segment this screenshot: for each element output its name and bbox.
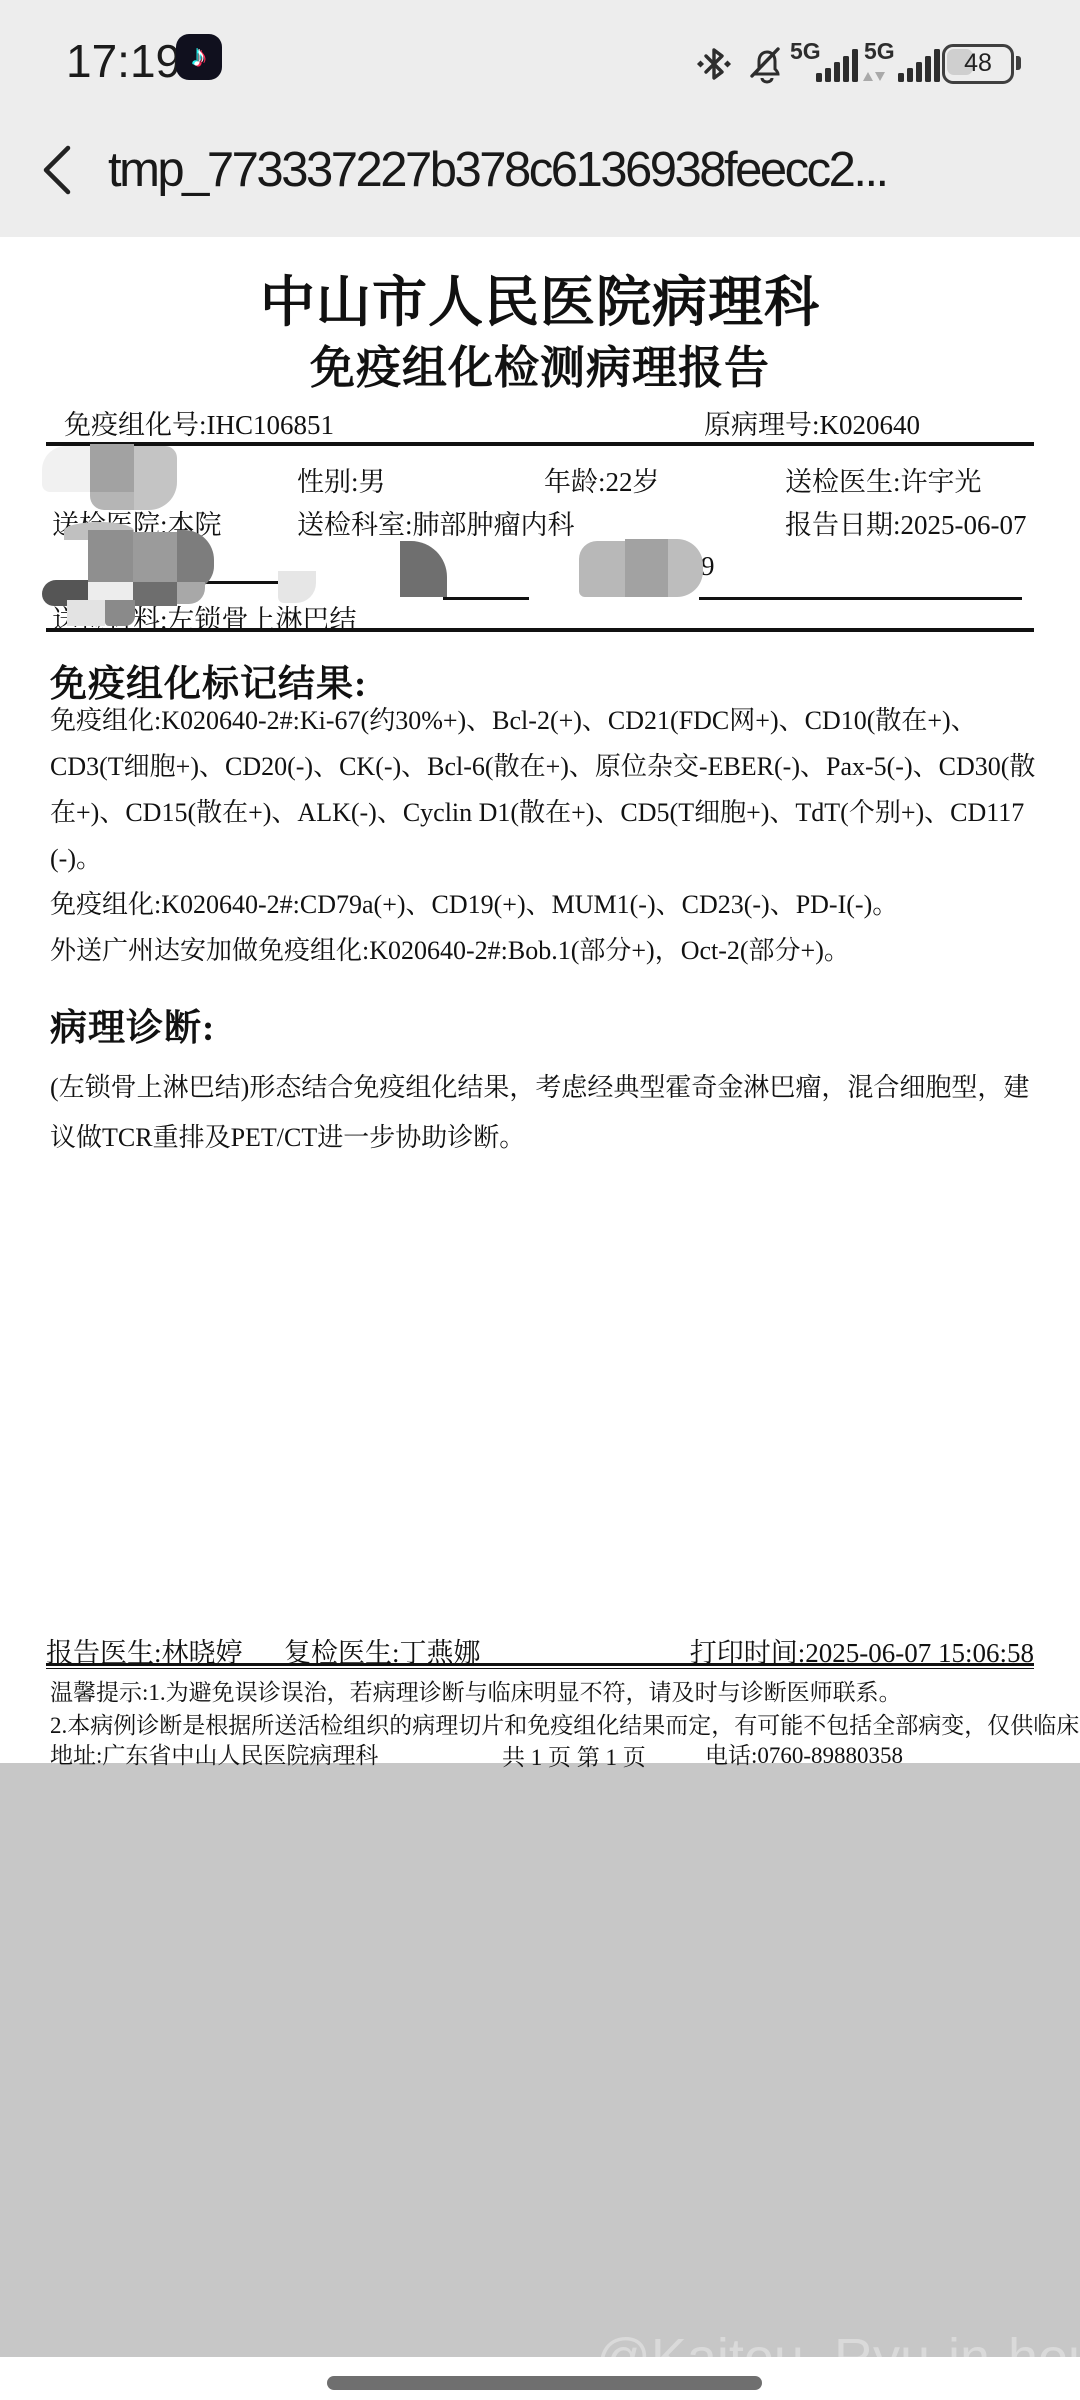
field-referring-doctor: 送检医生:许宇光 bbox=[785, 460, 982, 499]
header-area: 17:19 ♪ 5G 5G bbox=[0, 0, 1080, 237]
network-type-label: 5G bbox=[864, 38, 895, 65]
field-pathology-no: 原病理号:K020640 bbox=[704, 403, 920, 442]
footer-note-2: 2.本病例诊断是根据所送活检组织的病理切片和免疫组化结果而定，有可能不包括全部病… bbox=[50, 1707, 1080, 1740]
battery-nub bbox=[1016, 56, 1021, 70]
results-paragraph: 免疫组化:K020640-2#:Ki-67(约30%+)、Bcl-2(+)、CD… bbox=[50, 698, 1042, 882]
bluetooth-icon bbox=[694, 44, 734, 84]
battery-indicator: 48 bbox=[942, 44, 1014, 84]
field-underline bbox=[699, 597, 1022, 600]
music-note-icon: ♪ bbox=[192, 42, 207, 72]
redaction-blob-wide bbox=[579, 539, 703, 597]
report-title: 免疫组化检测病理报告 bbox=[0, 331, 1080, 396]
status-time: 17:19 bbox=[66, 34, 181, 88]
footer-phone: 电话:0760-89880358 bbox=[705, 1737, 903, 1770]
table-top-rule bbox=[46, 442, 1034, 446]
redaction-blob-name bbox=[42, 446, 177, 510]
phone-screen: 17:19 ♪ 5G 5G bbox=[0, 0, 1080, 2400]
results-text: 免疫组化:K020640-2#:Ki-67(约30%+)、Bcl-2(+)、CD… bbox=[50, 698, 1042, 974]
field-gender: 性别:男 bbox=[297, 460, 386, 499]
table-bottom-rule bbox=[46, 628, 1034, 632]
field-age: 年龄:22岁 bbox=[544, 460, 660, 499]
hospital-title: 中山市人民医院病理科 bbox=[0, 258, 1080, 337]
field-referring-department: 送检科室:肺部肿瘤内科 bbox=[297, 503, 575, 542]
back-button[interactable] bbox=[36, 142, 80, 198]
results-paragraph: 免疫组化:K020640-2#:CD79a(+)、CD19(+)、MUM1(-)… bbox=[50, 882, 1042, 928]
field-report-date: 报告日期:2025-06-07 bbox=[785, 503, 1026, 542]
gesture-nav-pill[interactable] bbox=[327, 2376, 762, 2390]
footer-double-rule bbox=[46, 1663, 1034, 1669]
field-ihc-no: 免疫组化号:IHC106851 bbox=[64, 403, 334, 442]
tiktok-app-icon: ♪ bbox=[176, 34, 222, 80]
footer-address: 地址:广东省中山人民医院病理科 bbox=[50, 1737, 378, 1770]
document-title: tmp_773337227b378c6136938feecc2... bbox=[108, 142, 1048, 198]
signal-bars-icon-sim2: 5G bbox=[864, 42, 940, 84]
results-paragraph: 外送广州达安加做免疫组化:K020640-2#:Bob.1(部分+)，Oct-2… bbox=[50, 928, 1042, 974]
redacted-field-visible-digit: 9 bbox=[701, 551, 715, 582]
footer-page-info: 共 1 页 第 1 页 bbox=[502, 1739, 646, 1772]
signal-bars bbox=[898, 49, 940, 82]
diagnosis-text: (左锁骨上淋巴结)形态结合免疫组化结果，考虑经典型霍奇金淋巴瘤，混合细胞型，建议… bbox=[50, 1063, 1042, 1163]
battery-percent: 48 bbox=[945, 49, 1011, 78]
signal-bars bbox=[816, 49, 858, 82]
pdf-page-view[interactable]: 中山市人民医院病理科 免疫组化检测病理报告 免疫组化号:IHC106851 原病… bbox=[0, 237, 1080, 1763]
gesture-nav-bar bbox=[0, 2357, 1080, 2400]
footer-note-1: 温馨提示:1.为避免误诊误治，若病理诊断与临床明显不符，请及时与诊断医师联系。 bbox=[50, 1674, 902, 1707]
diagnosis-heading: 病理诊断: bbox=[50, 997, 215, 1051]
redaction-blob-id bbox=[42, 530, 214, 626]
redaction-blob-small bbox=[400, 541, 447, 597]
data-transfer-arrows-icon bbox=[863, 72, 885, 81]
notifications-muted-icon bbox=[744, 44, 788, 86]
signal-bars-icon-sim1: 5G bbox=[790, 42, 858, 84]
field-underline bbox=[443, 597, 529, 600]
